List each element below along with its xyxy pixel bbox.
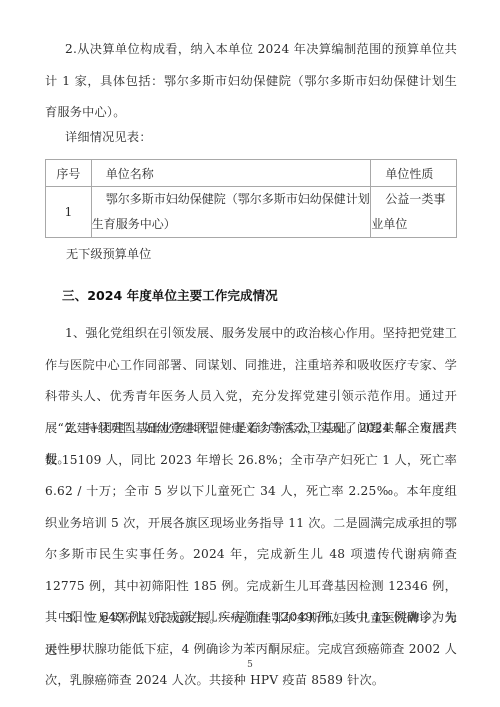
paragraph-budget-units: 2.从决算单位构成看，纳入本单位 2024 年决算编制范围的预算单位共计 1 家…	[45, 34, 457, 129]
cell-unit-name: 鄂尔多斯市妇幼保健院（鄂尔多斯市妇幼保健计划生育服务中心）	[91, 187, 371, 238]
paragraph-table-intro: 详细情况见表：	[45, 122, 457, 154]
header-unit-type: 单位性质	[371, 160, 457, 187]
header-index: 序号	[46, 160, 92, 187]
cell-index: 1	[46, 187, 92, 238]
table-row: 1 鄂尔多斯市妇幼保健院（鄂尔多斯市妇幼保健计划生育服务中心） 公益一类事业单位	[46, 187, 457, 238]
table-header-row: 序号 单位名称 单位性质	[46, 160, 457, 187]
header-unit-name: 单位名称	[91, 160, 371, 187]
no-subordinate-note: 无下级预算单位	[66, 245, 151, 262]
section-heading: 三、2024 年度单位主要工作完成情况	[62, 285, 278, 304]
work-item-3: 3、立足实际谋划长远发展。一是加挂鄂尔多斯市妇女儿童医院牌子。为进一步	[45, 603, 457, 666]
budget-unit-table: 序号 单位名称 单位性质 1 鄂尔多斯市妇幼保健院（鄂尔多斯市妇幼保健计划生育服…	[45, 159, 457, 238]
document-page: 2.从决算单位构成看，纳入本单位 2024 年决算编制范围的预算单位共计 1 家…	[0, 0, 500, 707]
page-number: 5	[0, 660, 500, 670]
cell-unit-type: 公益一类事业单位	[371, 187, 457, 238]
